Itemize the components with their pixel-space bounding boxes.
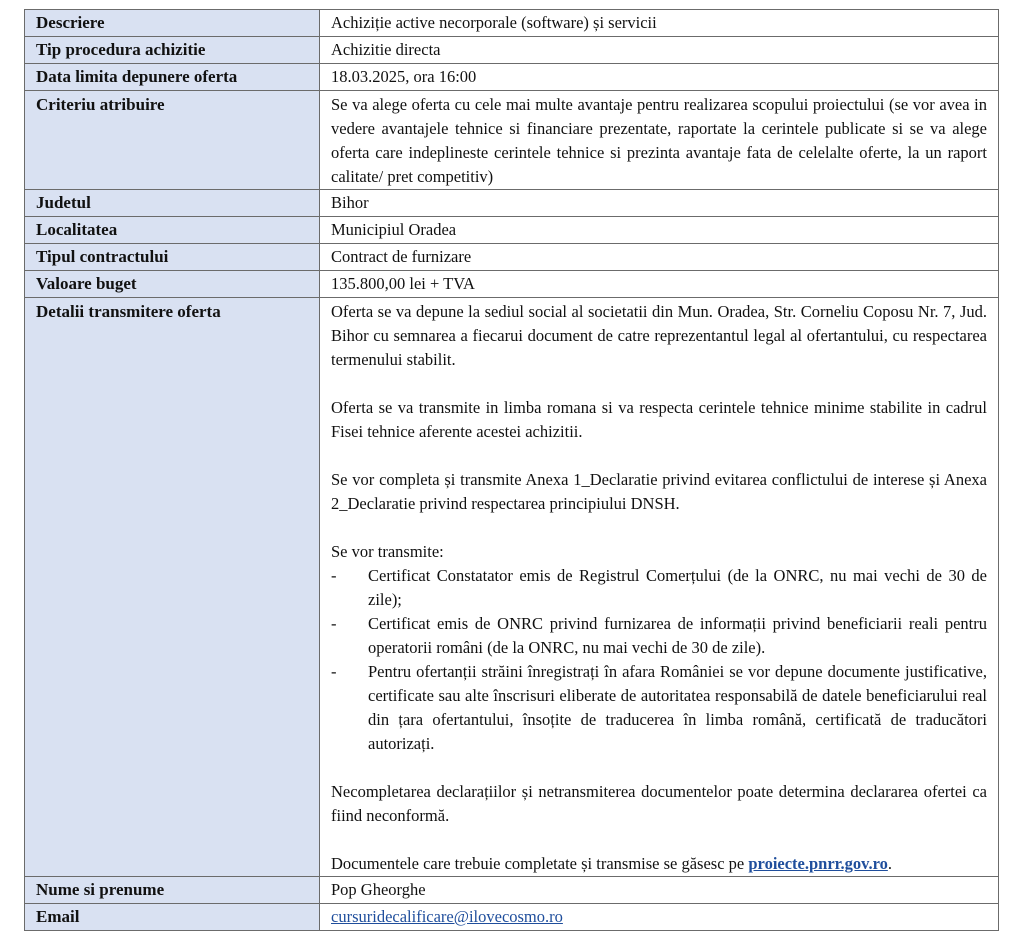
table-row: Valoare buget 135.800,00 lei + TVA [25, 271, 999, 298]
list-item: - Certificat emis de ONRC privind furniz… [331, 612, 987, 660]
documents-suffix: . [888, 854, 892, 873]
row-label: Valoare buget [25, 271, 320, 298]
details-paragraph: Documentele care trebuie completate și t… [331, 852, 987, 876]
row-label: Data limita depunere oferta [25, 64, 320, 91]
row-value: 18.03.2025, ora 16:00 [320, 64, 999, 91]
row-value: Bihor [320, 190, 999, 217]
table-row: Email cursuridecalificare@ilovecosmo.ro [25, 904, 999, 931]
row-label: Email [25, 904, 320, 931]
contact-name: Pop Gheorghe [320, 877, 999, 904]
details-paragraph: Necompletarea declarațiilor și netransmi… [331, 780, 987, 828]
table-row: Localitatea Municipiul Oradea [25, 217, 999, 244]
documents-text: Documentele care trebuie completate și t… [331, 854, 748, 873]
bullet-text: Certificat emis de ONRC privind furnizar… [368, 612, 987, 660]
pnrr-link[interactable]: proiecte.pnrr.gov.ro [748, 854, 887, 873]
row-label: Judetul [25, 190, 320, 217]
procurement-info-table: Descriere Achiziție active necorporale (… [24, 9, 999, 931]
email-link[interactable]: cursuridecalificare@ilovecosmo.ro [331, 907, 563, 926]
bullet-text: Certificat Constatator emis de Registrul… [368, 564, 987, 612]
bullet-marker: - [331, 564, 368, 612]
row-label: Tip procedura achizitie [25, 37, 320, 64]
row-value: Contract de furnizare [320, 244, 999, 271]
row-label: Nume si prenume [25, 877, 320, 904]
table-row: Criteriu atribuire Se va alege oferta cu… [25, 91, 999, 190]
row-label: Tipul contractului [25, 244, 320, 271]
table-row: Nume si prenume Pop Gheorghe [25, 877, 999, 904]
table-row: Tipul contractului Contract de furnizare [25, 244, 999, 271]
details-cell: Oferta se va depune la sediul social al … [320, 298, 999, 877]
details-paragraph: Se vor completa și transmite Anexa 1_Dec… [331, 468, 987, 516]
email-cell: cursuridecalificare@ilovecosmo.ro [320, 904, 999, 931]
row-label: Detalii transmitere oferta [25, 298, 320, 877]
row-value: Municipiul Oradea [320, 217, 999, 244]
row-value: Achiziție active necorporale (software) … [320, 10, 999, 37]
row-label: Descriere [25, 10, 320, 37]
table-row: Judetul Bihor [25, 190, 999, 217]
bullet-text: Pentru ofertanții străini înregistrați î… [368, 660, 987, 756]
row-value: 135.800,00 lei + TVA [320, 271, 999, 298]
table-row-details: Detalii transmitere oferta Oferta se va … [25, 298, 999, 877]
row-value: Achizitie directa [320, 37, 999, 64]
table-row: Descriere Achiziție active necorporale (… [25, 10, 999, 37]
details-paragraph: Oferta se va depune la sediul social al … [331, 300, 987, 372]
row-value: Se va alege oferta cu cele mai multe ava… [320, 91, 999, 190]
list-item: - Certificat Constatator emis de Registr… [331, 564, 987, 612]
table-row: Data limita depunere oferta 18.03.2025, … [25, 64, 999, 91]
bullet-marker: - [331, 612, 368, 660]
details-paragraph: Oferta se va transmite in limba romana s… [331, 396, 987, 444]
details-paragraph: Se vor transmite: [331, 540, 987, 564]
list-item: - Pentru ofertanții străini înregistrați… [331, 660, 987, 756]
row-label: Criteriu atribuire [25, 91, 320, 190]
table-row: Tip procedura achizitie Achizitie direct… [25, 37, 999, 64]
row-label: Localitatea [25, 217, 320, 244]
bullet-marker: - [331, 660, 368, 756]
